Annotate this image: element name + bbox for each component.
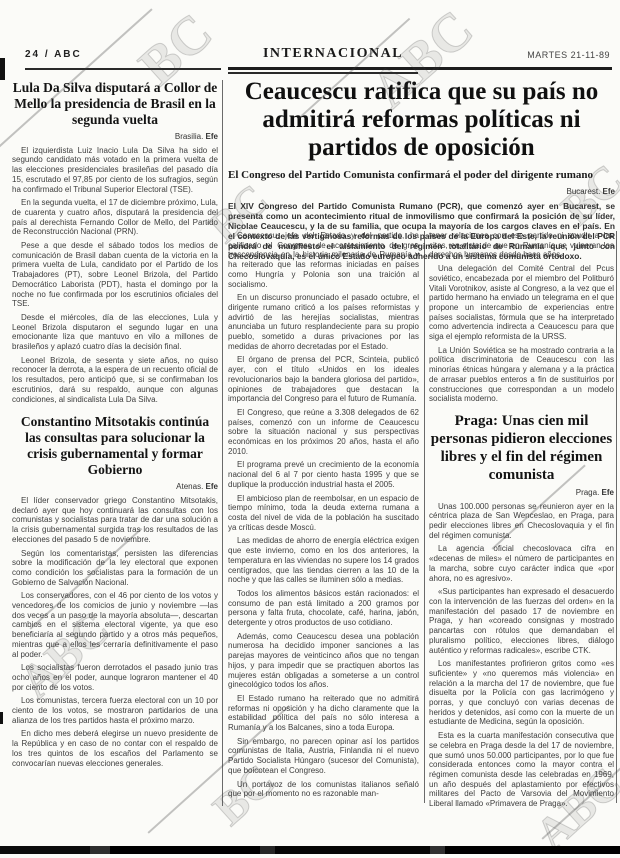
page-date: MARTES 21-11-89 xyxy=(527,50,610,60)
article-paragraph: Unas 100.000 personas se reunieron ayer … xyxy=(429,502,614,541)
article-paragraph: tener relaciones con ese partido ni acud… xyxy=(429,231,614,260)
column-divider xyxy=(222,80,223,806)
left-column: Lula Da Silva disputará a Collor de Mell… xyxy=(12,80,218,772)
column-divider xyxy=(424,231,425,803)
article-paragraph: «Sus participantes han expresado el desa… xyxy=(429,587,614,655)
scan-edge-mark xyxy=(0,58,5,80)
dateline: Atenas. Efe xyxy=(12,482,218,492)
article-paragraph: Un portavoz de los comunistas italianos … xyxy=(228,780,419,799)
article-headline-mitsotakis: Constantino Mitsotakis continúa las cons… xyxy=(12,414,218,478)
article-paragraph: Sin embargo, no parecen opinar así los p… xyxy=(228,737,419,776)
article-paragraph: Ceaucescu, jefe del Estado y del partido… xyxy=(228,231,419,289)
article-paragraph: El izquierdista Luiz Inacio Lula Da Silv… xyxy=(12,146,218,195)
article-paragraph: En dicho mes deberá elegirse un nuevo pr… xyxy=(12,729,218,768)
article-paragraph: Leonel Brizola, de sesenta y siete años,… xyxy=(12,356,218,405)
header-rule-left xyxy=(25,68,221,70)
scan-edge-mark xyxy=(0,712,3,724)
article-paragraph: En la segunda vuelta, el 17 de diciembre… xyxy=(12,198,218,237)
dateline: Brasilia. Efe xyxy=(12,132,218,142)
article-paragraph: El ambicioso plan de reembolsar, en un e… xyxy=(228,494,419,533)
article-paragraph: El programa prevé un crecimiento de la e… xyxy=(228,460,419,489)
page-number: 24 / ABC xyxy=(25,49,82,60)
article-paragraph: Según los comentaristas, persisten las d… xyxy=(12,549,218,588)
center-column: Ceaucescu, jefe del Estado y del partido… xyxy=(228,231,419,803)
dateline: Praga. Efe xyxy=(429,488,614,498)
article-paragraph: La agencia oficial checoslovaca cifra en… xyxy=(429,544,614,583)
article-paragraph: El Estado rumano ha reiterado que no adm… xyxy=(228,694,419,733)
article-paragraph: En un discurso pronunciado el pasado oct… xyxy=(228,293,419,351)
article-paragraph: Los manifestantes profirieron gritos com… xyxy=(429,659,614,727)
article-headline-praga: Praga: Unas cien mil personas pidieron e… xyxy=(429,412,614,484)
scan-bottom-bar xyxy=(0,846,620,854)
article-paragraph: Todos los alimentos básicos están racion… xyxy=(228,589,419,628)
article-paragraph: Los conservadores, con el 46 por ciento … xyxy=(12,591,218,659)
section-title: INTERNACIONAL xyxy=(228,46,438,62)
article-paragraph: Esta es la cuarta manifestación consecut… xyxy=(429,731,614,809)
article-paragraph: Una delegación del Comité Central del Pc… xyxy=(429,264,614,342)
dateline: Bucarest. Efe xyxy=(228,187,615,196)
article-headline-ceaucescu: Ceaucescu ratifica que su país no admiti… xyxy=(228,78,615,162)
article-paragraph: Los comunistas, tercera fuerza electoral… xyxy=(12,696,218,725)
article-headline-lula: Lula Da Silva disputará a Collor de Mell… xyxy=(12,80,218,128)
article-paragraph: Desde el miércoles, día de las eleccione… xyxy=(12,313,218,352)
article-paragraph: El órgano de prensa del PCR, Scinteia, p… xyxy=(228,355,419,404)
article-paragraph: La Unión Soviética se ha mostrado contra… xyxy=(429,346,614,404)
column-divider xyxy=(616,231,617,803)
article-paragraph: Los socialistas fueron derrotados el pas… xyxy=(12,663,218,692)
article-paragraph: Pese a que desde el sábado todos los med… xyxy=(12,241,218,309)
newspaper-page: 24 / ABC INTERNACIONAL MARTES 21-11-89 L… xyxy=(0,0,620,858)
header-rule-double xyxy=(228,72,418,74)
article-subhead: El Congreso del Partido Comunista confir… xyxy=(228,169,615,181)
article-paragraph: Las medidas de ahorro de energía eléctri… xyxy=(228,536,419,585)
article-paragraph: El líder conservador griego Constantino … xyxy=(12,496,218,545)
header-rule-main xyxy=(228,67,612,70)
page-header: 24 / ABC INTERNACIONAL MARTES 21-11-89 xyxy=(25,46,612,66)
article-paragraph: El Congreso, que reúne a 3.308 delegados… xyxy=(228,408,419,457)
article-paragraph: Además, como Ceaucescu desea una poblaci… xyxy=(228,632,419,690)
right-column: tener relaciones con ese partido ni acud… xyxy=(429,231,614,813)
